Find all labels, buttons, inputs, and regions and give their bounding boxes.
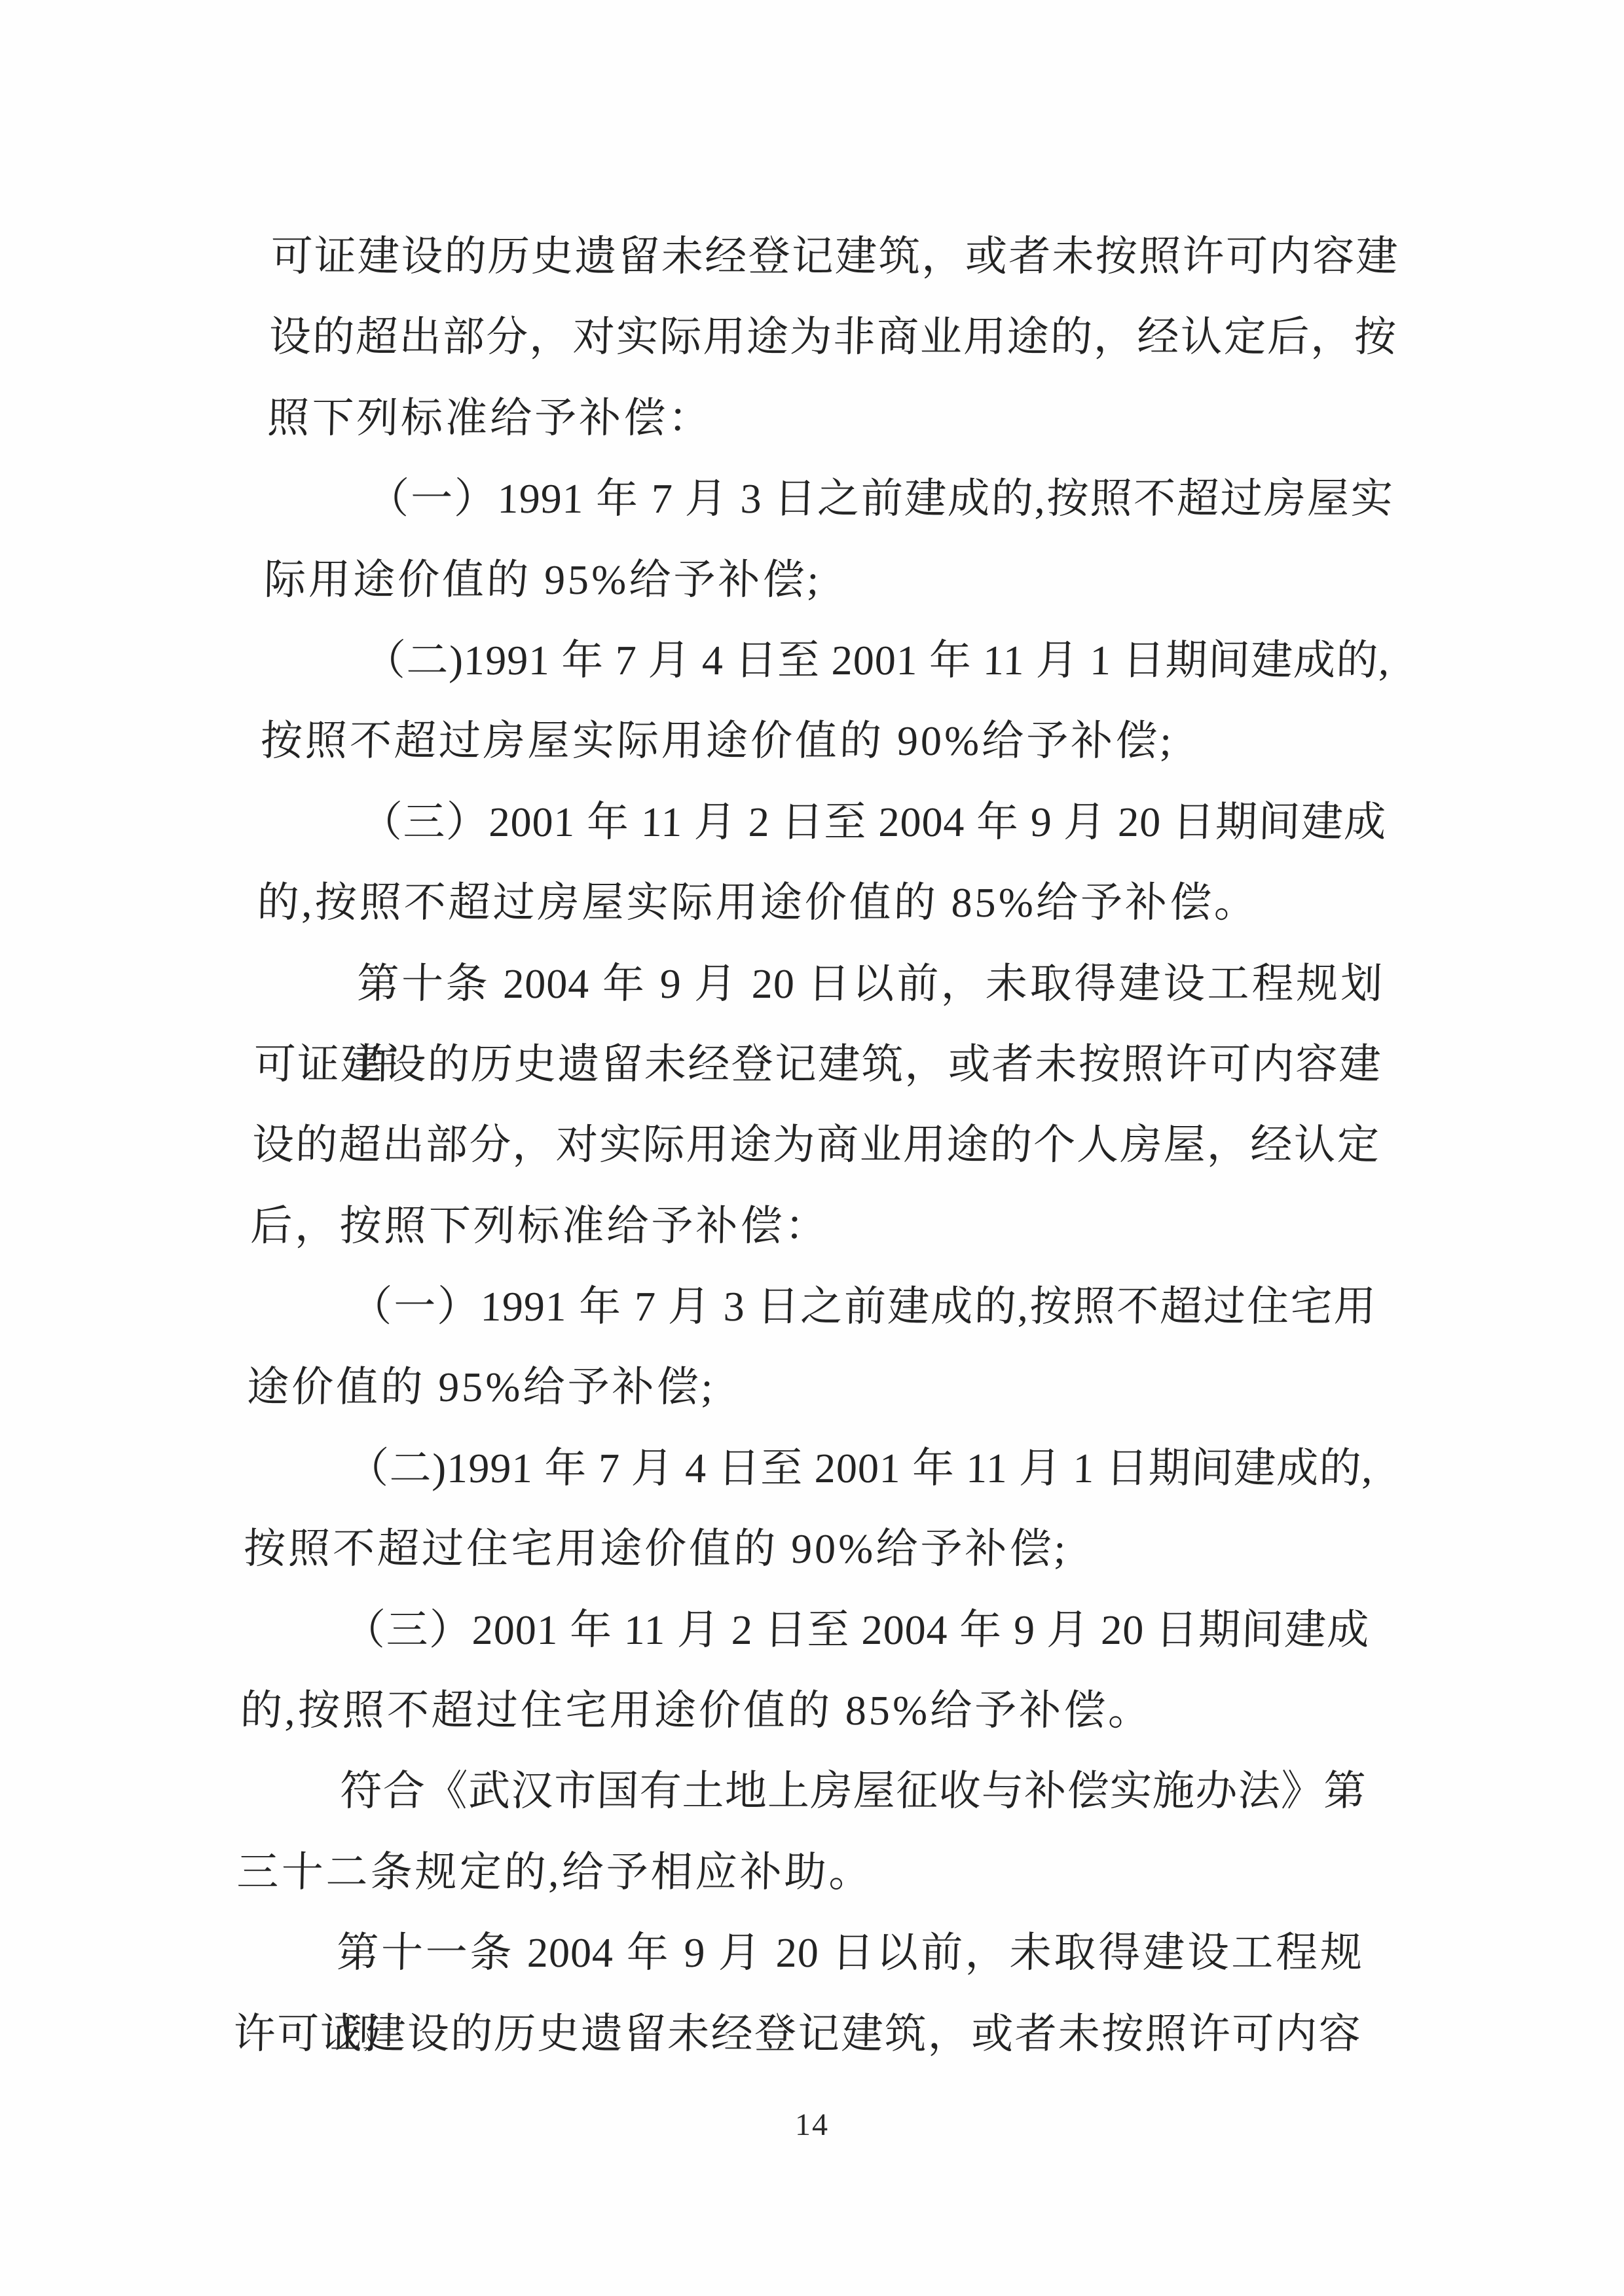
text-line: （二)1991 年 7 月 4 日至 2001 年 11 月 1 日期间建成的, bbox=[261, 620, 1391, 701]
text-line: 途价值的 95%给予补偿; bbox=[246, 1347, 1376, 1427]
text-line: （三）2001 年 11 月 2 日至 2004 年 9 月 20 日期间建成 bbox=[258, 782, 1388, 862]
text-line: 按照不超过住宅用途价值的 90%给予补偿; bbox=[243, 1508, 1373, 1589]
text-line: 按照不超过房屋实际用途价值的 90%给予补偿; bbox=[260, 701, 1390, 781]
document-page: 可证建设的历史遗留未经登记建筑，或者未按照许可内容建设的超出部分，对实际用途为非… bbox=[0, 0, 1624, 2296]
text-line: 第十一条 2004 年 9 月 20 日以前，未取得建设工程规划 bbox=[234, 1912, 1364, 1993]
text-line: 设的超出部分，对实际用途为商业用途的个人房屋，经认定 bbox=[251, 1104, 1381, 1185]
text-line: 际用途价值的 95%给予补偿; bbox=[263, 539, 1393, 620]
text-line: 许可证建设的历史遗留未经登记建筑，或者未按照许可内容 bbox=[232, 1994, 1362, 2074]
text-line: 后，按照下列标准给予补偿： bbox=[249, 1186, 1379, 1266]
page-number: 14 bbox=[0, 2107, 1624, 2143]
text-line: 照下列标准给予补偿： bbox=[267, 378, 1396, 458]
text-line: 第十条 2004 年 9 月 20 日以前，未取得建设工程规划许 bbox=[255, 943, 1384, 1024]
text-line: 的,按照不超过房屋实际用途价值的 85%给予补偿。 bbox=[256, 862, 1386, 943]
text-line: （一）1991 年 7 月 3 日之前建成的,按照不超过住宅用 bbox=[248, 1266, 1378, 1347]
text-line: 设的超出部分，对实际用途为非商业用途的，经认定后，按 bbox=[268, 297, 1398, 377]
text-line: 可证建设的历史遗留未经登记建筑，或者未按照许可内容建 bbox=[253, 1024, 1382, 1104]
text-line: （二)1991 年 7 月 4 日至 2001 年 11 月 1 日期间建成的, bbox=[244, 1428, 1374, 1508]
text-line: 可证建设的历史遗留未经登记建筑，或者未按照许可内容建 bbox=[270, 216, 1399, 297]
text-line: 三十二条规定的,给予相应补助。 bbox=[236, 1832, 1365, 1912]
text-line: 的,按照不超过住宅用途价值的 85%给予补偿。 bbox=[240, 1670, 1369, 1751]
text-line: （一）1991 年 7 月 3 日之前建成的,按照不超过房屋实 bbox=[265, 458, 1394, 539]
text-block: 可证建设的历史遗留未经登记建筑，或者未按照许可内容建设的超出部分，对实际用途为非… bbox=[232, 216, 1399, 2074]
text-line: （三）2001 年 11 月 2 日至 2004 年 9 月 20 日期间建成 bbox=[241, 1590, 1371, 1670]
text-line: 符合《武汉市国有土地上房屋征收与补偿实施办法》第 bbox=[238, 1751, 1367, 1831]
